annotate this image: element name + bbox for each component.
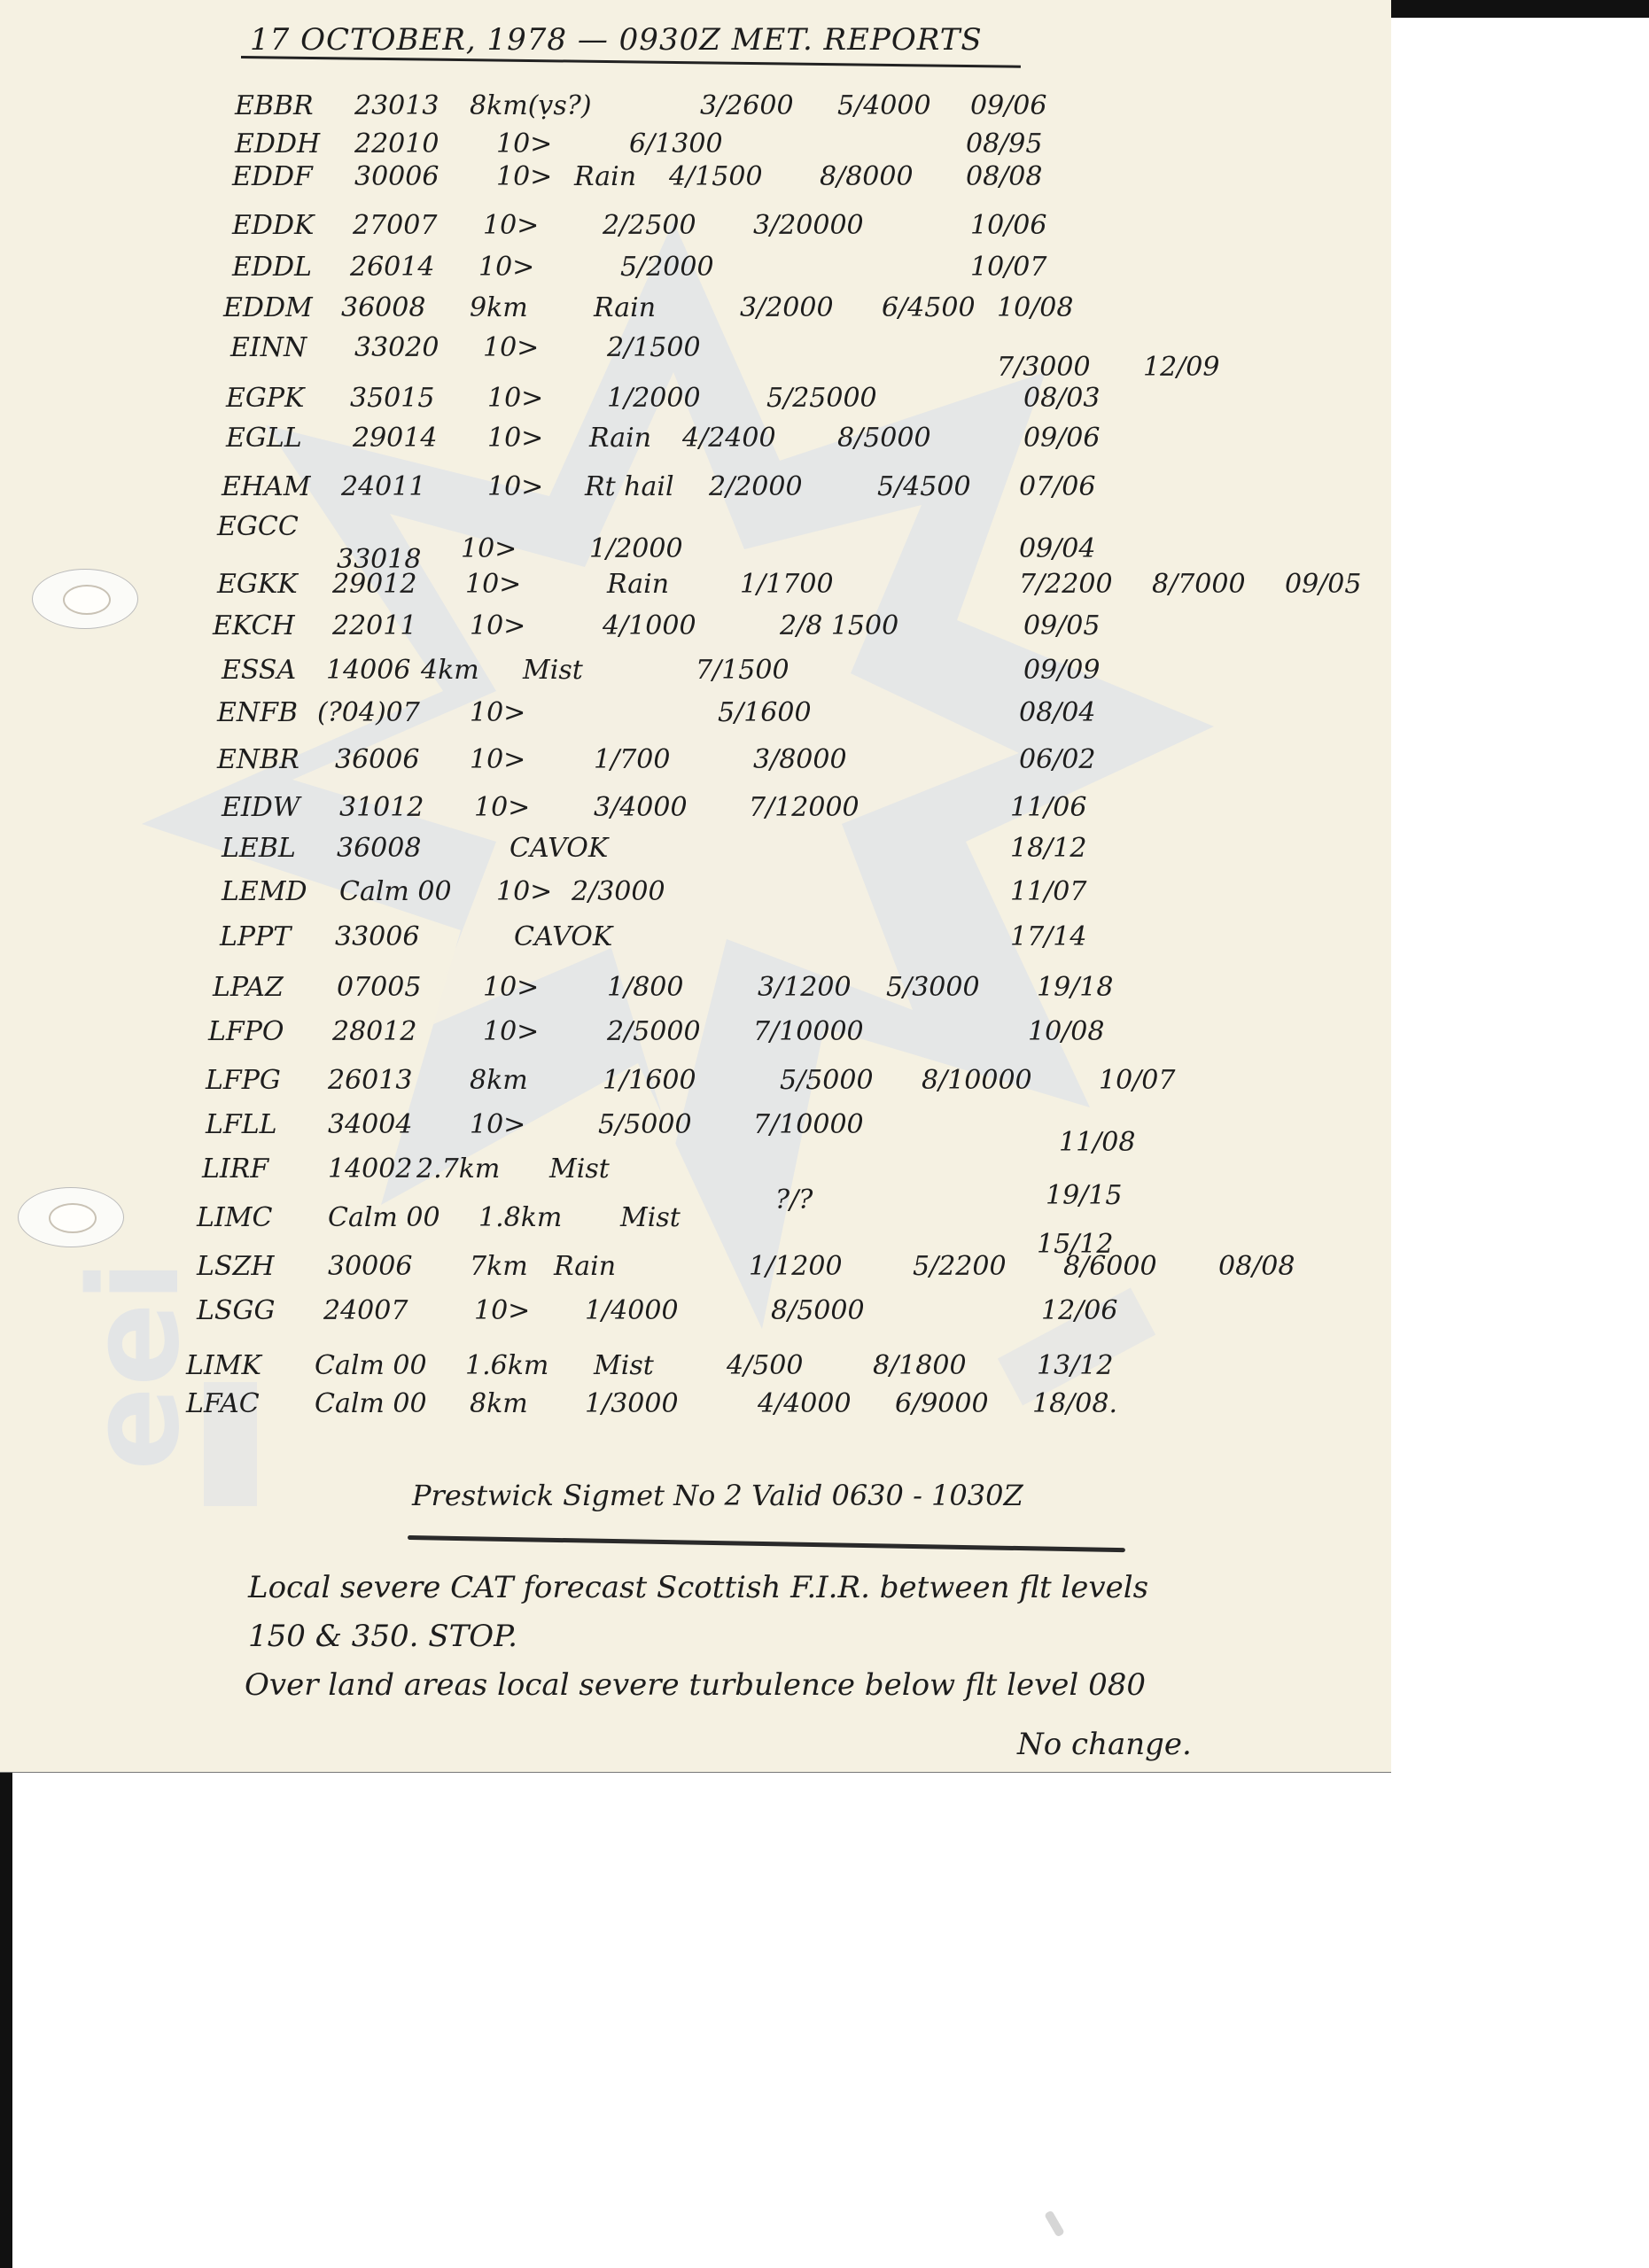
report-item: 10>: [487, 474, 543, 501]
station-code: LIMK: [186, 1353, 261, 1379]
report-item: 7km: [470, 1254, 528, 1280]
report-item: 10>: [470, 613, 525, 640]
report-item: 1/700: [594, 747, 670, 773]
report-item: 4/1000: [603, 613, 696, 640]
report-item: 1.6km: [465, 1353, 548, 1379]
report-item: 4/500: [727, 1353, 803, 1379]
report-item: 3/2000: [740, 295, 834, 322]
temp-dewpoint: 07/06: [1019, 474, 1095, 501]
report-item: 3/8000: [753, 747, 847, 773]
report-item: 8km(ṿs?): [470, 93, 592, 120]
report-item: 10>: [496, 164, 552, 190]
temp-dewpoint: 09/06: [970, 93, 1046, 120]
report-item: Mist: [549, 1156, 610, 1183]
temp-dewpoint: 09/09: [1023, 657, 1100, 684]
sigmet-line-3: Over land areas local severe turbulence …: [245, 1670, 1146, 1700]
station-code: EDDH: [235, 131, 320, 158]
report-item: 1/1600: [603, 1068, 696, 1094]
page-title: 17 OCTOBER, 1978 — 0930Z MET. REPORTS: [250, 25, 983, 55]
report-item: 5/4500: [877, 474, 971, 501]
report-item: ?/?: [775, 1187, 813, 1214]
station-code: LSGG: [197, 1298, 275, 1324]
wind-value: 26014: [350, 254, 434, 281]
station-code: EBBR: [235, 93, 314, 120]
station-code: EGKK: [217, 571, 298, 598]
report-item: Rain: [554, 1254, 616, 1280]
report-item: 3/1200: [758, 975, 852, 1001]
wind-value: 26013: [328, 1068, 412, 1094]
report-item: 7/1500: [696, 657, 789, 684]
report-item: 1/1200: [749, 1254, 843, 1280]
report-item: 5/5000: [598, 1112, 692, 1138]
wind-value: 24007: [323, 1298, 408, 1324]
station-code: EDDM: [223, 295, 313, 322]
station-code: ESSA: [222, 657, 296, 684]
report-item: 2/5000: [607, 1019, 701, 1045]
wind-value: 33020: [354, 335, 439, 361]
station-code: ENBR: [217, 747, 299, 773]
report-item: 1/1700: [740, 571, 834, 598]
temp-dewpoint: 08/95: [966, 131, 1042, 158]
station-code: LPPT: [220, 924, 291, 951]
report-item: 10>: [487, 425, 543, 452]
report-item: 10>: [496, 131, 552, 158]
report-item: 1.8km: [478, 1205, 562, 1231]
scan-edge-top: [1391, 0, 1649, 18]
report-item: 8/8000: [820, 164, 914, 190]
report-item: 8/5000: [771, 1298, 865, 1324]
wind-value: 27007: [353, 213, 437, 239]
temp-dewpoint: 10/07: [970, 254, 1046, 281]
temp-dewpoint: 13/12: [1037, 1353, 1113, 1379]
report-item: 8/1800: [873, 1353, 967, 1379]
report-item: 10>: [465, 571, 521, 598]
report-item: 8/5000: [837, 425, 931, 452]
wind-value: 29012: [332, 571, 416, 598]
report-item: 5/25000: [766, 385, 877, 412]
report-item: 2.7km: [416, 1156, 500, 1183]
report-item: 6/9000: [895, 1391, 989, 1417]
report-item: 1/3000: [585, 1391, 679, 1417]
report-item: 8/7000: [1152, 571, 1246, 598]
temp-dewpoint: 11/08: [1059, 1130, 1135, 1156]
wind-value: Calm 00: [339, 879, 452, 905]
report-item: 10>: [470, 747, 525, 773]
temp-dewpoint: 08/08: [966, 164, 1042, 190]
wind-value: 30006: [354, 164, 439, 190]
report-item: Rain: [574, 164, 636, 190]
station-code: EGCC: [217, 514, 299, 540]
station-code: ENFB: [217, 700, 298, 726]
station-code: LFPO: [208, 1019, 284, 1045]
report-item: Rain: [594, 295, 656, 322]
station-code: LFAC: [186, 1391, 260, 1417]
temp-dewpoint: 10/08: [997, 295, 1073, 322]
wind-value: Calm 00: [328, 1205, 440, 1231]
report-item: CAVOK: [509, 835, 608, 862]
report-item: 8/6000: [1063, 1254, 1157, 1280]
report-item: 10>: [470, 700, 525, 726]
sigmet-heading: Prestwick Sigmet No 2 Valid 0630 - 1030Z: [412, 1481, 1023, 1510]
report-item: Mist: [620, 1205, 681, 1231]
report-item: Rain: [589, 425, 651, 452]
scan-smudge: [1044, 2210, 1065, 2238]
report-item: 5/3000: [886, 975, 980, 1001]
report-item: 3/20000: [753, 213, 864, 239]
report-item: 1/800: [607, 975, 683, 1001]
wind-value: 14006: [326, 657, 410, 684]
report-item: 2/1500: [607, 335, 701, 361]
temp-dewpoint: 11/06: [1010, 795, 1086, 821]
report-item: 7/2200: [1019, 571, 1113, 598]
report-item: 10>: [478, 254, 534, 281]
report-item: 4/2400: [682, 425, 776, 452]
station-code: EIDW: [222, 795, 300, 821]
temp-dewpoint: 09/05: [1023, 613, 1100, 640]
report-item: 7/10000: [753, 1112, 864, 1138]
report-item: 5/2000: [620, 254, 714, 281]
report-item: 6/1300: [629, 131, 723, 158]
report-item: 7/12000: [749, 795, 860, 821]
temp-dewpoint: 18/12: [1010, 835, 1086, 862]
station-code: EKCH: [213, 613, 295, 640]
scan-edge-left: [0, 1772, 12, 2268]
station-code: LEBL: [222, 835, 296, 862]
report-item: 10>: [483, 1019, 539, 1045]
wind-value: Calm 00: [315, 1391, 427, 1417]
temp-dewpoint: 08/03: [1023, 385, 1100, 412]
temp-dewpoint: 09/06: [1023, 425, 1100, 452]
temp-dewpoint: 09/04: [1019, 536, 1095, 563]
report-item: 5/2200: [913, 1254, 1007, 1280]
wind-value: 22011: [332, 613, 416, 640]
report-item: 4/4000: [758, 1391, 852, 1417]
wind-value: 36008: [341, 295, 425, 322]
report-item: Mist: [594, 1353, 654, 1379]
sigmet-line-1: Local severe CAT forecast Scottish F.I.R…: [248, 1573, 1148, 1603]
station-code: LFLL: [206, 1112, 277, 1138]
temp-dewpoint: 10/08: [1028, 1019, 1104, 1045]
temp-dewpoint: 12/06: [1041, 1298, 1117, 1324]
punch-hole-top: [32, 569, 138, 629]
report-item: 4/1500: [669, 164, 763, 190]
station-code: LEMD: [222, 879, 307, 905]
wind-value: 33006: [335, 924, 419, 951]
report-item: 3/4000: [594, 795, 688, 821]
temp-dewpoint: 17/14: [1010, 924, 1086, 951]
station-code: EDDF: [232, 164, 313, 190]
temp-dewpoint: 12/09: [1143, 354, 1219, 381]
wind-value: 24011: [341, 474, 425, 501]
station-code: EHAM: [222, 474, 310, 501]
report-item: 9km: [470, 295, 528, 322]
report-item: 2/8 1500: [780, 613, 898, 640]
station-code: LIMC: [197, 1205, 272, 1231]
report-item: 10>: [483, 213, 539, 239]
report-item: Mist: [523, 657, 583, 684]
wind-value: 14002: [328, 1156, 412, 1183]
sigmet-closing: No change.: [1017, 1729, 1192, 1759]
station-code: EGLL: [226, 425, 302, 452]
punch-hole-bottom: [18, 1187, 124, 1247]
temp-dewpoint: 10/06: [970, 213, 1046, 239]
wind-value: 23013: [354, 93, 439, 120]
wind-value: 34004: [328, 1112, 412, 1138]
report-item: 10>: [483, 975, 539, 1001]
station-code: LPAZ: [213, 975, 284, 1001]
report-item: Rt hail: [585, 474, 674, 501]
wind-value: (?04)07: [317, 700, 420, 726]
report-item: 10>: [487, 385, 543, 412]
report-item: 1/4000: [585, 1298, 679, 1324]
report-item: 2/3000: [572, 879, 665, 905]
report-item: 8km: [470, 1068, 528, 1094]
report-item: 7/3000: [997, 354, 1091, 381]
wind-value: 31012: [339, 795, 424, 821]
wind-value: 36008: [337, 835, 421, 862]
temp-dewpoint: 08/08: [1218, 1254, 1295, 1280]
report-item: 10>: [496, 879, 552, 905]
report-item: 5/1600: [718, 700, 812, 726]
report-item: 2/2500: [603, 213, 696, 239]
report-item: 5/5000: [780, 1068, 874, 1094]
temp-dewpoint: 09/05: [1285, 571, 1361, 598]
report-item: 10>: [474, 1298, 530, 1324]
wind-value: Calm 00: [315, 1353, 427, 1379]
wind-value: 29014: [353, 425, 437, 452]
wind-value: 22010: [354, 131, 439, 158]
temp-dewpoint: 08/04: [1019, 700, 1095, 726]
report-item: 1/2000: [607, 385, 701, 412]
report-item: 1/2000: [589, 536, 683, 563]
station-code: EDDL: [232, 254, 312, 281]
temp-dewpoint: 11/07: [1010, 879, 1086, 905]
report-item: CAVOK: [514, 924, 612, 951]
report-item: 3/2600: [700, 93, 794, 120]
station-code: EGPK: [226, 385, 304, 412]
wind-value: 28012: [332, 1019, 416, 1045]
temp-dewpoint: 10/07: [1099, 1068, 1175, 1094]
report-item: 10>: [474, 795, 530, 821]
report-item: 5/4000: [837, 93, 931, 120]
temp-dewpoint: 18/08.: [1032, 1391, 1117, 1417]
temp-dewpoint: 06/02: [1019, 747, 1095, 773]
report-item: 2/2000: [709, 474, 803, 501]
report-item: 8km: [470, 1391, 528, 1417]
sigmet-underline: [408, 1535, 1125, 1552]
station-code: LSZH: [197, 1254, 274, 1280]
report-item: 4km: [421, 657, 479, 684]
title-underline: [241, 56, 1021, 68]
station-code: EDDK: [232, 213, 314, 239]
report-item: 10>: [483, 335, 539, 361]
sigmet-line-2: 150 & 350. STOP.: [248, 1621, 517, 1651]
temp-dewpoint: 19/18: [1037, 975, 1113, 1001]
wind-value: 07005: [337, 975, 421, 1001]
wind-value: 30006: [328, 1254, 412, 1280]
report-item: 10>: [461, 536, 517, 563]
report-item: Rain: [607, 571, 669, 598]
wind-value: 36006: [335, 747, 419, 773]
station-code: EINN: [230, 335, 307, 361]
paper-sheet: eei 17 OCTOBER, 1978 — 0930Z MET. REPORT…: [0, 0, 1391, 1772]
report-item: 6/4500: [882, 295, 976, 322]
report-item: 7/10000: [753, 1019, 864, 1045]
report-item: 10>: [470, 1112, 525, 1138]
station-code: LIRF: [202, 1156, 268, 1183]
wind-value: 35015: [350, 385, 434, 412]
station-code: LFPG: [206, 1068, 281, 1094]
report-item: 8/10000: [922, 1068, 1032, 1094]
temp-dewpoint: 19/15: [1046, 1183, 1122, 1209]
